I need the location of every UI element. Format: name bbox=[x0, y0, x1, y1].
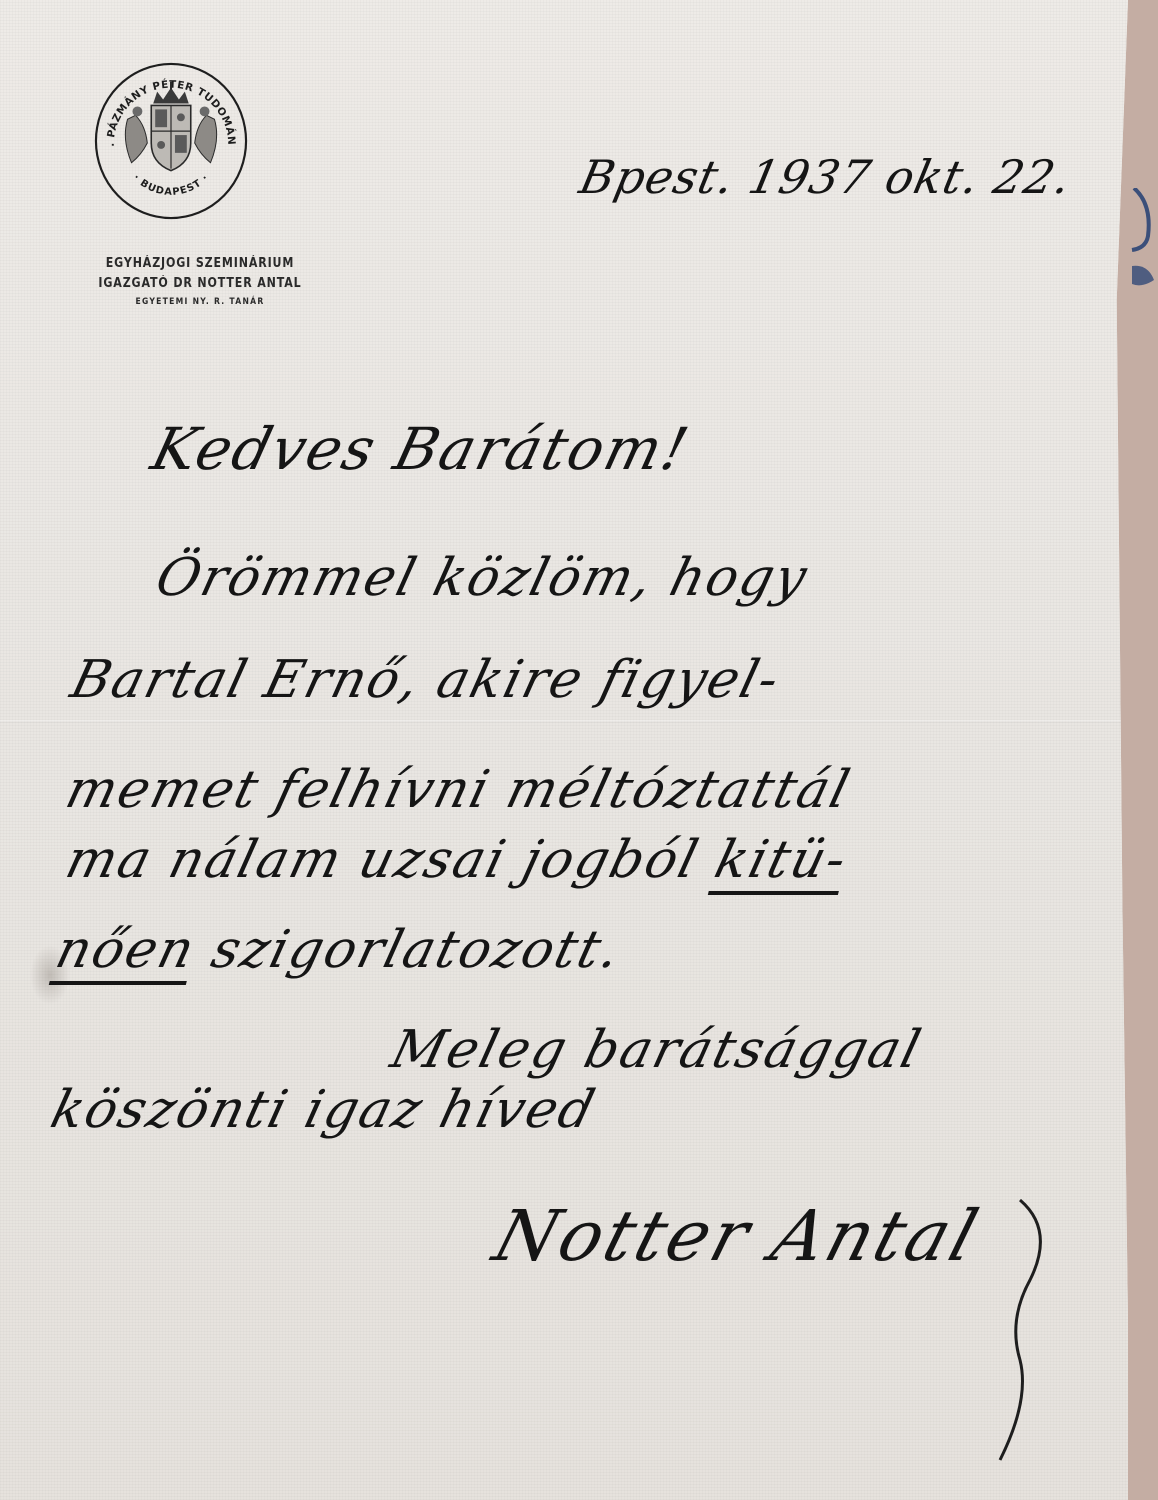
body-line-1: Örömmel közlöm, hogy bbox=[150, 548, 814, 608]
body-line-5-text: szigorlatozott. bbox=[187, 920, 628, 980]
letter-date: Bpest. 1937 okt. 22. bbox=[575, 150, 1076, 204]
blue-stamp-fragment bbox=[1128, 188, 1158, 318]
body-line-3: memet felhívni méltóztattál bbox=[60, 760, 857, 820]
signature-flourish bbox=[960, 1190, 1070, 1470]
underlined-word-noen: nően bbox=[50, 920, 202, 980]
body-line-2: Bartal Ernő, akire figyel- bbox=[65, 650, 787, 710]
body-line-4: ma nálam uzsai jogból kitü- bbox=[60, 830, 854, 890]
letter-paper: KIR. MAGY. PÁZMÁNY PÉTER TUDOMÁNYEGYETEM… bbox=[0, 0, 1128, 1500]
letterhead-seminary: EGYHÁZJOGI SZEMINÁRIUM bbox=[81, 256, 319, 271]
closing-line-1: Meleg barátsággal bbox=[385, 1020, 928, 1080]
body-line-5: nően szigorlatozott. bbox=[50, 920, 628, 980]
letterhead-text: EGYHÁZJOGI SZEMINÁRIUM IGAZGATÓ DR NOTTE… bbox=[60, 256, 340, 307]
closing-line-2: köszönti igaz híved bbox=[45, 1080, 602, 1140]
signature: Notter Antal bbox=[485, 1195, 989, 1277]
letterhead-director: IGAZGATÓ DR NOTTER ANTAL bbox=[81, 276, 319, 291]
fold-crease bbox=[0, 720, 1128, 723]
underlined-word-kitu: kitü- bbox=[709, 830, 854, 890]
letter-salutation: Kedves Barátom! bbox=[145, 415, 697, 483]
svg-text:· BUDAPEST ·: · BUDAPEST · bbox=[131, 172, 211, 198]
body-line-4-text: ma nálam uzsai jogból bbox=[60, 830, 724, 890]
university-seal: KIR. MAGY. PÁZMÁNY PÉTER TUDOMÁNYEGYETEM… bbox=[92, 60, 250, 222]
coat-of-arms-icon: KIR. MAGY. PÁZMÁNY PÉTER TUDOMÁNYEGYETEM… bbox=[92, 60, 250, 222]
letterhead-title: EGYETEMI NY. R. TANÁR bbox=[81, 297, 319, 307]
